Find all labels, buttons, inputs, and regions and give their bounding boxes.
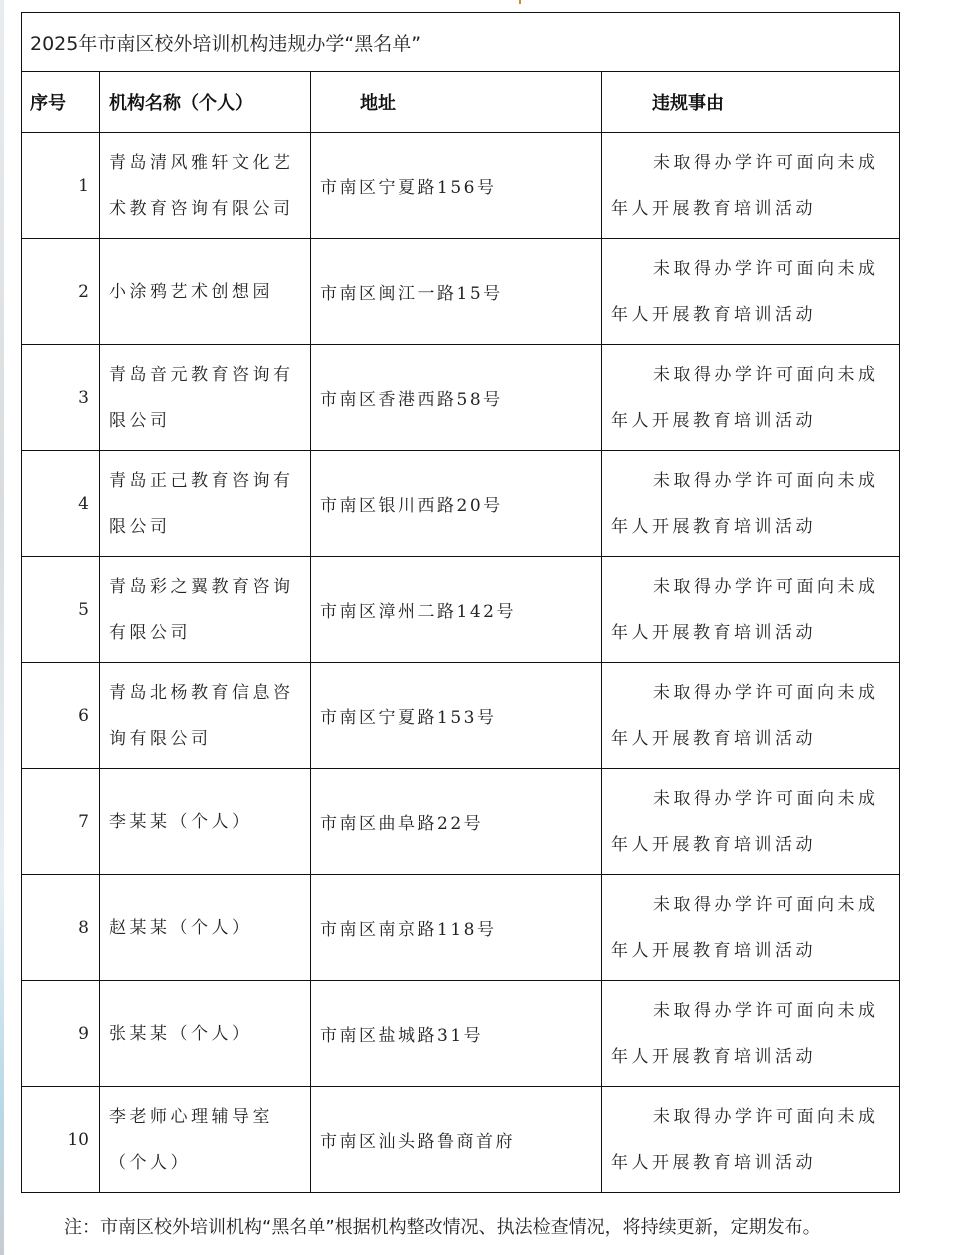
violation-reason-text: 未取得办学许可面向未成年人开展教育培训活动	[611, 577, 879, 643]
org-address: 市南区漳州二路142号	[311, 557, 602, 663]
row-number: 9	[22, 981, 100, 1087]
row-number: 4	[22, 451, 100, 557]
violation-reason: 未取得办学许可面向未成年人开展教育培训活动	[602, 133, 900, 239]
header-address: 地址	[311, 72, 602, 133]
title-row: 2025年市南区校外培训机构违规办学“黑名单”	[22, 13, 900, 72]
org-name: 青岛清风雅轩文化艺术教育咨询有限公司	[100, 133, 311, 239]
org-address: 市南区宁夏路153号	[311, 663, 602, 769]
violation-reason: 未取得办学许可面向未成年人开展教育培训活动	[602, 345, 900, 451]
org-address: 市南区香港西路58号	[311, 345, 602, 451]
table-row: 9张某某（个人）市南区盐城路31号未取得办学许可面向未成年人开展教育培训活动	[22, 981, 900, 1087]
header-reason: 违规事由	[602, 72, 900, 133]
violation-reason: 未取得办学许可面向未成年人开展教育培训活动	[602, 663, 900, 769]
row-number: 8	[22, 875, 100, 981]
violation-reason-text: 未取得办学许可面向未成年人开展教育培训活动	[611, 365, 879, 431]
row-number: 10	[22, 1087, 100, 1193]
table-row: 10李老师心理辅导室（个人）市南区汕头路鲁商首府未取得办学许可面向未成年人开展教…	[22, 1087, 900, 1193]
violation-reason: 未取得办学许可面向未成年人开展教育培训活动	[602, 1087, 900, 1193]
violation-reason: 未取得办学许可面向未成年人开展教育培训活动	[602, 981, 900, 1087]
org-address: 市南区南京路118号	[311, 875, 602, 981]
violation-reason-text: 未取得办学许可面向未成年人开展教育培训活动	[611, 1107, 879, 1173]
row-number: 7	[22, 769, 100, 875]
footnote: 注：市南区校外培训机构“黑名单”根据机构整改情况、执法检查情况，将持续更新，定期…	[64, 1213, 821, 1239]
row-number: 5	[22, 557, 100, 663]
table-row: 4青岛正己教育咨询有限公司市南区银川西路20号未取得办学许可面向未成年人开展教育…	[22, 451, 900, 557]
violation-reason-text: 未取得办学许可面向未成年人开展教育培训活动	[611, 683, 879, 749]
top-mark	[519, 0, 521, 4]
table-row: 6青岛北杨教育信息咨询有限公司市南区宁夏路153号未取得办学许可面向未成年人开展…	[22, 663, 900, 769]
violation-reason: 未取得办学许可面向未成年人开展教育培训活动	[602, 557, 900, 663]
row-number: 6	[22, 663, 100, 769]
org-name: 赵某某（个人）	[100, 875, 311, 981]
table-row: 8赵某某（个人）市南区南京路118号未取得办学许可面向未成年人开展教育培训活动	[22, 875, 900, 981]
org-address: 市南区曲阜路22号	[311, 769, 602, 875]
violation-reason-text: 未取得办学许可面向未成年人开展教育培训活动	[611, 471, 879, 537]
blacklist-table: 2025年市南区校外培训机构违规办学“黑名单” 序号 机构名称（个人） 地址 违…	[21, 12, 900, 1193]
org-address: 市南区闽江一路15号	[311, 239, 602, 345]
org-address: 市南区汕头路鲁商首府	[311, 1087, 602, 1193]
org-name: 青岛彩之翼教育咨询有限公司	[100, 557, 311, 663]
violation-reason-text: 未取得办学许可面向未成年人开展教育培训活动	[611, 259, 879, 325]
header-name: 机构名称（个人）	[100, 72, 311, 133]
org-address: 市南区银川西路20号	[311, 451, 602, 557]
violation-reason: 未取得办学许可面向未成年人开展教育培训活动	[602, 769, 900, 875]
org-name: 张某某（个人）	[100, 981, 311, 1087]
org-name: 青岛音元教育咨询有限公司	[100, 345, 311, 451]
org-name: 李老师心理辅导室（个人）	[100, 1087, 311, 1193]
org-name: 李某某（个人）	[100, 769, 311, 875]
table-row: 2小涂鸦艺术创想园市南区闽江一路15号未取得办学许可面向未成年人开展教育培训活动	[22, 239, 900, 345]
violation-reason: 未取得办学许可面向未成年人开展教育培训活动	[602, 239, 900, 345]
header-row: 序号 机构名称（个人） 地址 违规事由	[22, 72, 900, 133]
table-row: 3青岛音元教育咨询有限公司市南区香港西路58号未取得办学许可面向未成年人开展教育…	[22, 345, 900, 451]
org-name: 小涂鸦艺术创想园	[100, 239, 311, 345]
table-row: 1青岛清风雅轩文化艺术教育咨询有限公司市南区宁夏路156号未取得办学许可面向未成…	[22, 133, 900, 239]
org-address: 市南区盐城路31号	[311, 981, 602, 1087]
org-name: 青岛正己教育咨询有限公司	[100, 451, 311, 557]
violation-reason: 未取得办学许可面向未成年人开展教育培训活动	[602, 451, 900, 557]
violation-reason-text: 未取得办学许可面向未成年人开展教育培训活动	[611, 895, 879, 961]
org-address: 市南区宁夏路156号	[311, 133, 602, 239]
row-number: 1	[22, 133, 100, 239]
table-title: 2025年市南区校外培训机构违规办学“黑名单”	[22, 13, 900, 72]
row-number: 2	[22, 239, 100, 345]
header-no: 序号	[22, 72, 100, 133]
table-row: 7李某某（个人）市南区曲阜路22号未取得办学许可面向未成年人开展教育培训活动	[22, 769, 900, 875]
table-row: 5青岛彩之翼教育咨询有限公司市南区漳州二路142号未取得办学许可面向未成年人开展…	[22, 557, 900, 663]
violation-reason-text: 未取得办学许可面向未成年人开展教育培训活动	[611, 1001, 879, 1067]
row-number: 3	[22, 345, 100, 451]
violation-reason-text: 未取得办学许可面向未成年人开展教育培训活动	[611, 153, 879, 219]
org-name: 青岛北杨教育信息咨询有限公司	[100, 663, 311, 769]
violation-reason-text: 未取得办学许可面向未成年人开展教育培训活动	[611, 789, 879, 855]
violation-reason: 未取得办学许可面向未成年人开展教育培训活动	[602, 875, 900, 981]
left-edge-strip	[0, 0, 4, 1255]
